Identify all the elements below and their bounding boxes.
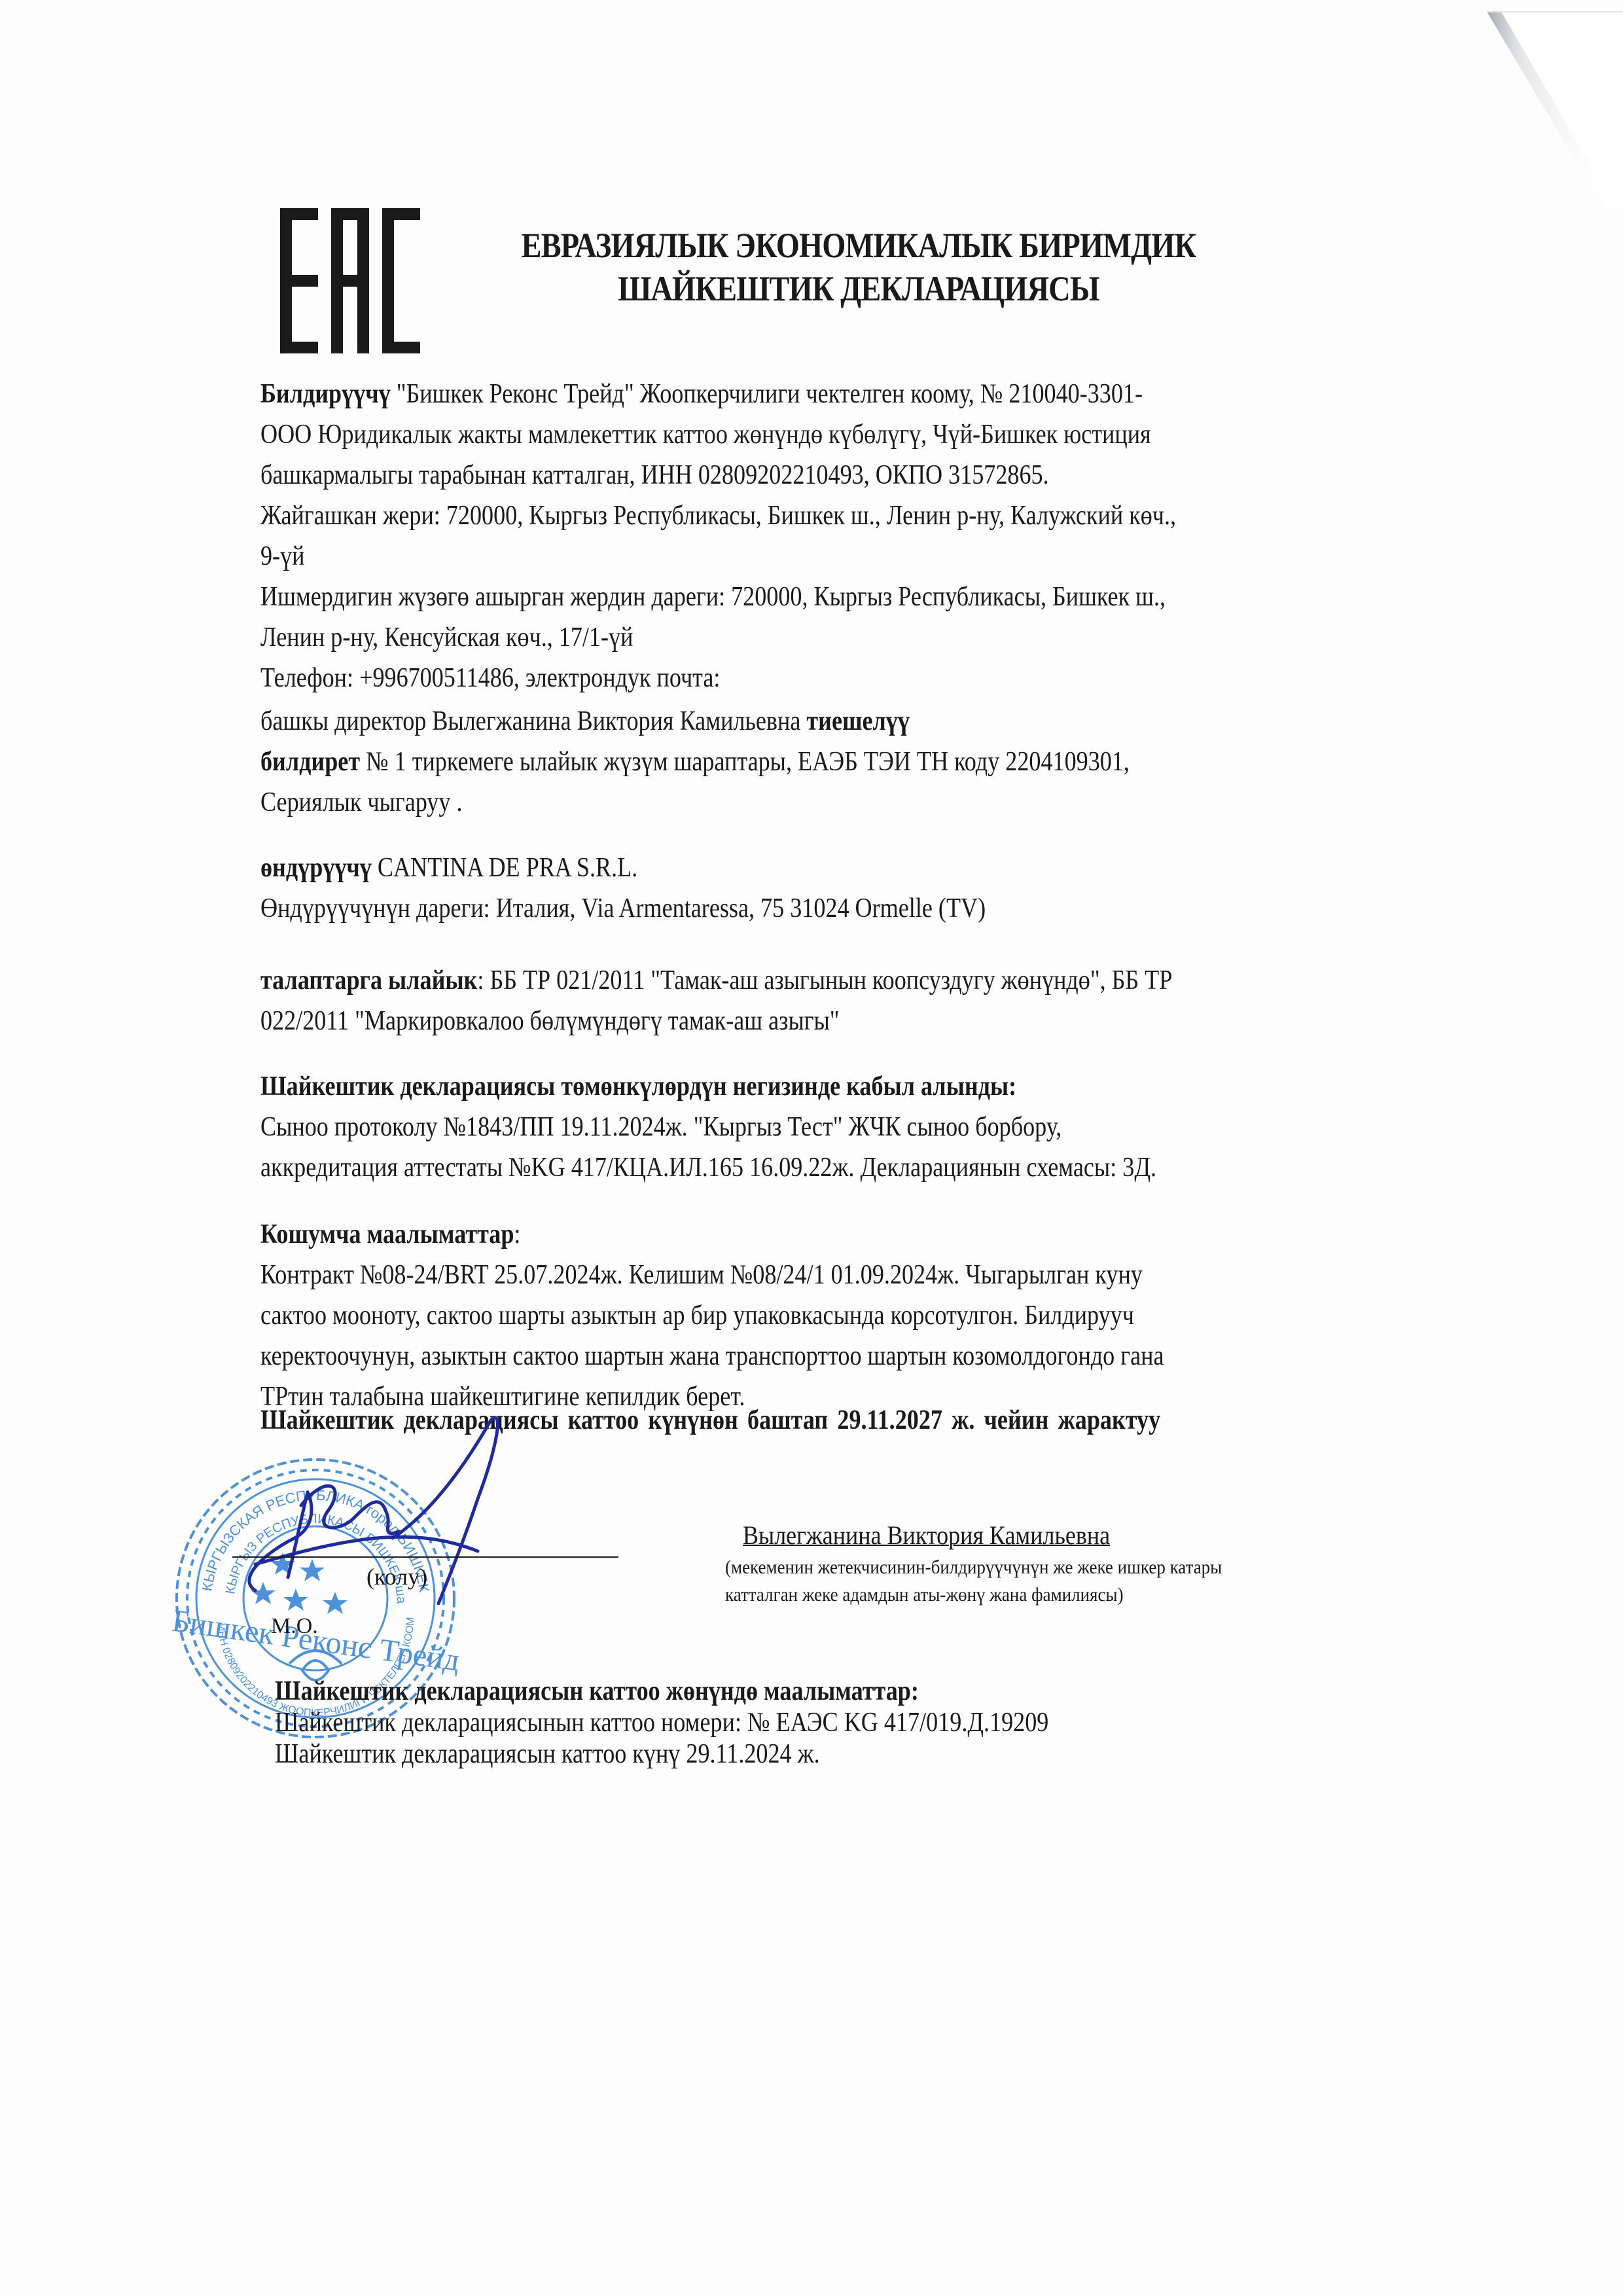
subject-line-1: башкы директор Вылегжанина Виктория Ками… <box>260 706 1274 746</box>
applicant-line-1: Билдирүүчү "Бишкек Реконс Трейд" Жоопкер… <box>260 378 1274 419</box>
applicant-contacts: Телефон: +996700511486, электрондук почт… <box>260 662 1274 703</box>
signer-note: (мекеменин жетекчисинин-билдирүүчүнүн же… <box>725 1554 1222 1609</box>
additional-info-block: Кошумча маалыматтар: Контракт №08-24/BRT… <box>260 1219 1274 1422</box>
manufacturer-name: CANTINA DE PRA S.R.L. <box>372 853 637 883</box>
additional-line-2: сактоо мооноту, сактоо шарты азыктын ар … <box>260 1300 1274 1340</box>
document-title: ЕВРАЗИЯЛЫК ЭКОНОМИКАЛЫК БИРИМДИК ШАЙКЕШТ… <box>484 224 1233 310</box>
signer-name: Вылегжанина Виктория Камильевна <box>743 1520 1110 1551</box>
document-page: ЕВРАЗИЯЛЫК ЭКОНОМИКАЛЫК БИРИМДИК ШАЙКЕШТ… <box>0 0 1623 2296</box>
additional-heading: Кошумча маалыматтар: <box>260 1219 1274 1259</box>
basis-line-1: Сыноо протоколу №1843/ПП 19.11.2024ж. "К… <box>260 1111 1274 1152</box>
applicant-label: Билдирүүчү <box>260 379 391 409</box>
subject-line-2: билдирет № 1 тиркемеге ылайык жүзүм шара… <box>260 746 1274 787</box>
handwritten-signature <box>216 1407 543 1630</box>
requirements-line-1: талаптарга ылайык: ББ ТР 021/2011 "Тамак… <box>260 965 1274 1005</box>
requirements-label: талаптарга ылайык <box>260 965 477 996</box>
applicant-line-3: башкармалыгы тарабынан катталган, ИНН 02… <box>260 459 1274 500</box>
applicant-address: Жайгашкан жери: 720000, Кыргыз Республик… <box>260 500 1274 541</box>
requirements-block: талаптарга ылайык: ББ ТР 021/2011 "Тамак… <box>260 965 1274 1046</box>
title-line-1: ЕВРАЗИЯЛЫК ЭКОНОМИКАЛЫК БИРИМДИК <box>484 224 1233 267</box>
eac-logo-icon <box>280 208 425 353</box>
registration-heading: Шайкештик декларациясын каттоо жөнүндө м… <box>275 1676 1288 1707</box>
registration-date: Шайкештик декларациясын каттоо күнү 29.1… <box>275 1738 1288 1770</box>
basis-line-2: аккредитация аттестаты №KG 417/КЦА.ИЛ.16… <box>260 1152 1274 1193</box>
folded-corner <box>1453 0 1623 209</box>
registration-block: Шайкештик декларациясын каттоо жөнүндө м… <box>275 1676 1288 1770</box>
manufacturer-address: Өндүрүүчүнүн дареги: Италия, Via Armenta… <box>260 893 1274 933</box>
manufacturer-name-line: өндүрүүчү CANTINA DE PRA S.R.L. <box>260 852 1274 893</box>
activity-address: Ишмердигин жүзөгө ашырган жердин дареги:… <box>260 581 1274 622</box>
applicant-address-cont: 9-үй <box>260 541 1274 581</box>
activity-address-cont: Ленин р-ну, Кенсуйская көч., 17/1-үй <box>260 622 1274 662</box>
applicant-line-2: ООО Юридикалык жакты мамлекеттик каттоо … <box>260 419 1274 459</box>
signature-caption: (колу) <box>366 1563 427 1590</box>
applicant-block: Билдирүүчү "Бишкек Реконс Трейд" Жоопкер… <box>260 378 1274 703</box>
additional-line-1: Контракт №08-24/BRT 25.07.2024ж. Келишим… <box>260 1259 1274 1300</box>
subject-block: башкы директор Вылегжанина Виктория Ками… <box>260 706 1274 827</box>
subject-line-3: Сериялык чыгаруу . <box>260 787 1274 827</box>
title-line-2: ШАЙКЕШТИК ДЕКЛАРАЦИЯСЫ <box>484 267 1233 310</box>
additional-line-3: керектоочунун, азыктын сактоо шартын жан… <box>260 1340 1274 1381</box>
registration-number: Шайкештик декларациясынын каттоо номери:… <box>275 1707 1288 1738</box>
manufacturer-label: өндүрүүчү <box>260 853 372 883</box>
basis-block: Шайкештик декларациясы төмөнкүлөрдүн нег… <box>260 1071 1274 1193</box>
seal-place-label: М.О. <box>271 1614 318 1639</box>
manufacturer-block: өндүрүүчү CANTINA DE PRA S.R.L. Өндүрүүч… <box>260 852 1274 933</box>
signature-line <box>232 1556 618 1558</box>
requirements-line-2: 022/2011 "Маркировкалоо бөлүмүндөгү тама… <box>260 1005 1274 1046</box>
basis-heading: Шайкештик декларациясы төмөнкүлөрдүн нег… <box>260 1071 1274 1111</box>
